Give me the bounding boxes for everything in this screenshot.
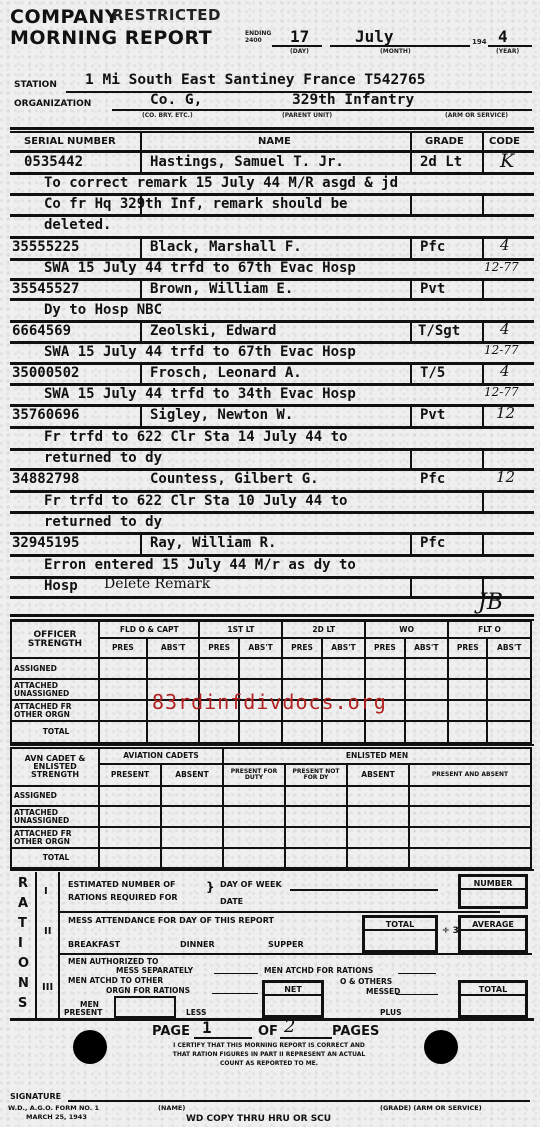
code: 4	[500, 320, 510, 338]
report-year: 4	[498, 27, 508, 46]
ration-total-box[interactable]: TOTAL	[458, 980, 528, 1018]
report-month: July	[355, 27, 394, 46]
code: 4	[500, 236, 510, 254]
punch-hole-right	[424, 1030, 458, 1064]
soldier-name: Countess, Gilbert G.	[150, 471, 319, 487]
col-code: CODE	[489, 136, 520, 147]
remark-line: SWA 15 July 44 trfd to 67th Evac Hosp	[44, 260, 356, 276]
col-grade: GRADE	[425, 136, 464, 147]
signature-label: SIGNATURE	[10, 1092, 61, 1101]
morning-report-page: COMPANY RESTRICTED MORNING REPORT ENDING…	[0, 0, 540, 1127]
remark-line: returned to dy	[44, 514, 162, 530]
grade: Pvt	[420, 407, 445, 423]
soldier-name: Brown, William E.	[150, 281, 293, 297]
remark-line: To correct remark 15 July 44 M/R asgd & …	[44, 175, 398, 191]
remark-line: Fr trfd to 622 Clr Sta 14 July 44 to	[44, 429, 347, 445]
soldier-name: Sigley, Newton W.	[150, 407, 293, 423]
serial-number: 0535442	[24, 154, 83, 170]
officer-strength-table: OFFICER STRENGTH FLD O & CAPT 1ST LT 2D …	[10, 620, 532, 744]
restricted-stamp: RESTRICTED	[112, 6, 221, 24]
grade: T/Sgt	[418, 323, 460, 339]
soldier-name: Hastings, Samuel T. Jr.	[150, 154, 344, 170]
soldier-name: Frosch, Leonard A.	[150, 365, 302, 381]
col-name: NAME	[258, 136, 291, 147]
col-serial-number: SERIAL NUMBER	[24, 136, 116, 147]
remark-line: SWA 15 July 44 trfd to 67th Evac Hosp	[44, 344, 356, 360]
report-day: 17	[290, 27, 309, 46]
grade: Pvt	[420, 281, 445, 297]
remark-line: Erron entered 15 July 44 M/r as dy to	[44, 557, 356, 573]
grade: T/5	[420, 365, 445, 381]
total-pages: 2	[284, 1016, 295, 1037]
code: K	[500, 150, 514, 172]
serial-number: 35760696	[12, 407, 79, 423]
serial-number: 34882798	[12, 471, 79, 487]
station-label: STATION	[14, 80, 57, 90]
remark-code: 12-77	[484, 385, 519, 399]
grade: 2d Lt	[420, 154, 462, 170]
serial-number: 32945195	[12, 535, 79, 551]
remark-line: SWA 15 July 44 trfd to 34th Evac Hosp	[44, 386, 356, 402]
initials: JB	[478, 590, 503, 615]
soldier-name: Ray, William R.	[150, 535, 276, 551]
organization-label: ORGANIZATION	[14, 99, 91, 109]
code: 12	[496, 468, 515, 486]
grade: Pfc	[420, 239, 445, 255]
ration-number-box[interactable]: NUMBER	[458, 874, 528, 909]
mess-average-box[interactable]: AVERAGE	[458, 915, 528, 953]
handwritten-note: Delete Remark	[104, 576, 210, 592]
remark-line: returned to dy	[44, 450, 162, 466]
punch-hole-left	[73, 1030, 107, 1064]
remark-line: deleted.	[44, 217, 111, 233]
remark-line: Co fr Hq 329th Inf, remark should be	[44, 196, 347, 212]
watermark: 83rdinfdivdocs.org	[152, 690, 387, 714]
organization-parent: 329th Infantry	[292, 92, 414, 108]
serial-number: 35555225	[12, 239, 79, 255]
ending-label: ENDING 2400	[245, 30, 271, 44]
serial-number: 35545527	[12, 281, 79, 297]
soldier-name: Black, Marshall F.	[150, 239, 302, 255]
mess-total-box[interactable]: TOTAL	[362, 915, 438, 953]
remark-code: 12-77	[484, 343, 519, 357]
serial-number: 6664569	[12, 323, 71, 339]
form-title-morning-report: MORNING REPORT	[10, 27, 212, 49]
remark-line: Hosp	[44, 578, 78, 594]
net-box[interactable]: NET	[262, 980, 324, 1018]
code: 4	[500, 362, 510, 380]
remark-line: Dy to Hosp NBC	[44, 302, 162, 318]
page-number: 1	[202, 1018, 212, 1037]
grade: Pfc	[420, 471, 445, 487]
grade: Pfc	[420, 535, 445, 551]
cell[interactable]	[99, 658, 147, 679]
enlisted-strength-table: AVN CADET & ENLISTED STRENGTH AVIATION C…	[10, 747, 532, 869]
signature-line[interactable]	[68, 1100, 530, 1102]
men-present-box[interactable]	[114, 996, 176, 1018]
remark-line: Fr trfd to 622 Clr Sta 10 July 44 to	[44, 493, 347, 509]
remark-code: 12-77	[484, 260, 519, 274]
organization-unit: Co. G,	[150, 92, 202, 108]
soldier-name: Zeolski, Edward	[150, 323, 276, 339]
copy-note: WD COPY THRU HRU OR SCU	[186, 1114, 331, 1124]
page-label: PAGE	[152, 1024, 190, 1039]
serial-number: 35000502	[12, 365, 79, 381]
station-value: 1 Mi South East Santiney France T542765	[85, 72, 425, 88]
form-title-company: COMPANY	[10, 6, 119, 28]
of-label: OF	[258, 1024, 278, 1039]
code: 12	[496, 404, 515, 422]
pages-label: PAGES	[332, 1024, 379, 1039]
